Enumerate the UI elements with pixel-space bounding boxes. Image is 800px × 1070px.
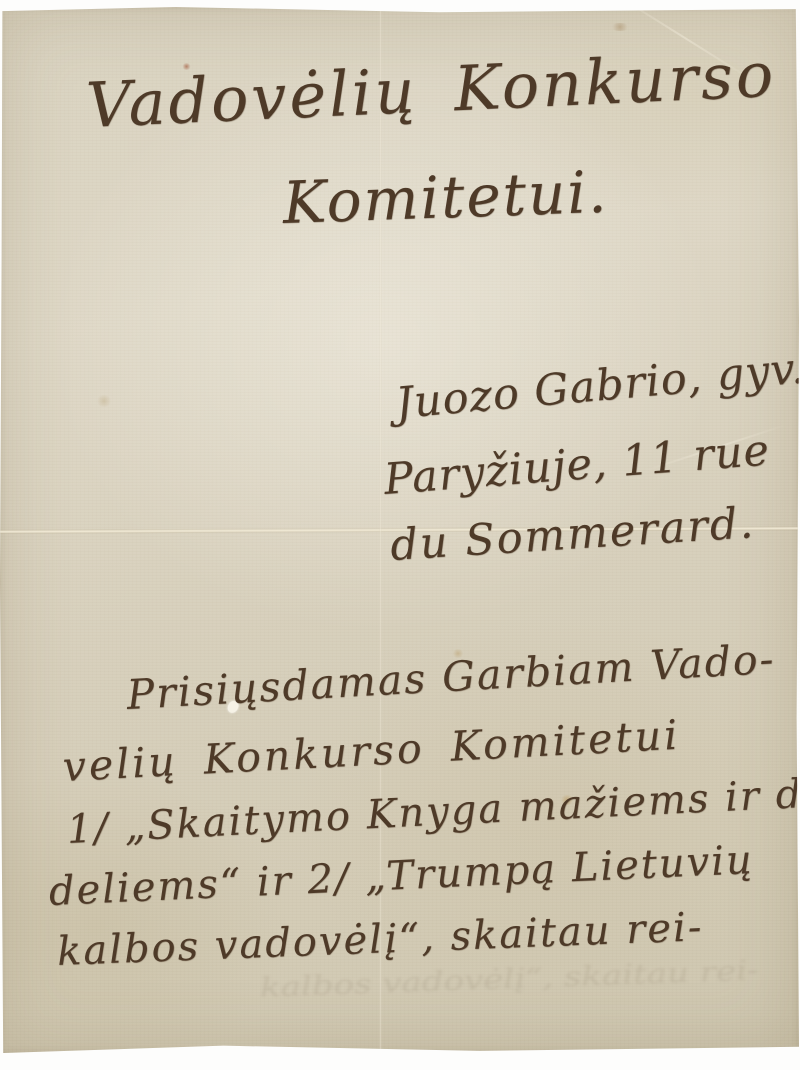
- scan-background: Vadovėlių Konkurso Komitetui. Juozo Gabr…: [0, 0, 800, 1070]
- letter-heading-line-2: Komitetui.: [282, 158, 610, 237]
- letter-body-line-2: velių Konkurso Komitetui: [61, 711, 681, 791]
- letter-body-line-1: Prisiųsdamas Garbiam Vado-: [125, 635, 776, 719]
- letter-paper-sheet: Vadovėlių Konkurso Komitetui. Juozo Gabr…: [0, 7, 799, 1053]
- foxing-stain: [262, 1047, 272, 1055]
- sender-address-line-1: Juozo Gabrio, gyv.: [394, 343, 800, 429]
- sender-address-line-2: Paryžiuje, 11 rue: [382, 425, 771, 505]
- foxing-stain: [610, 23, 630, 31]
- letter-heading-line-1: Vadovėlių Konkurso: [85, 38, 778, 142]
- foxing-stain: [96, 395, 112, 407]
- sender-address-line-3: du Sommerard.: [389, 498, 757, 571]
